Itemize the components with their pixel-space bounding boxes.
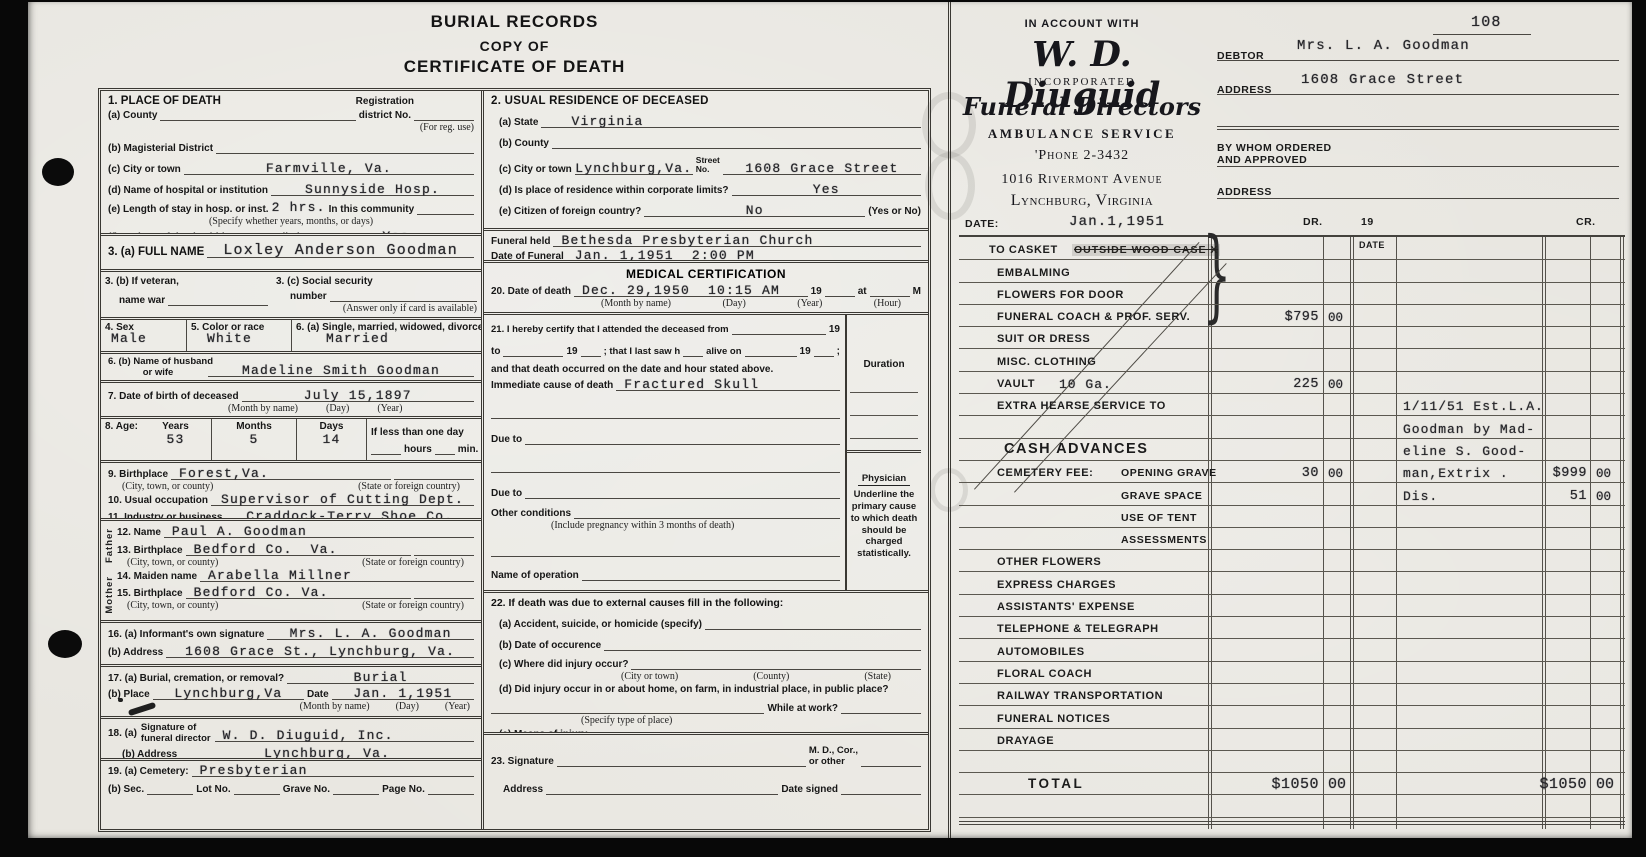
- ledger-struck-text: OUTSIDE WOOD CASE X: [1072, 244, 1220, 256]
- section-parents: Father Mother 12. Name Paul A. Goodman 1…: [101, 521, 481, 623]
- s1-county-label: (a) County: [108, 110, 157, 121]
- s21-alive-label: alive on: [706, 346, 741, 357]
- ledger-item-label: OTHER FLOWERS: [997, 556, 1101, 568]
- due2-line: [525, 485, 840, 499]
- ledger-row-suit-or-dress: SUIT OR DRESS: [959, 326, 1625, 349]
- s6b-label2: or wife: [108, 367, 208, 378]
- s3b-label2: name war: [119, 295, 165, 306]
- s1-community-label: In this community: [329, 204, 415, 215]
- ordered-by-label-1: BY WHOM ORDERED: [1217, 142, 1332, 154]
- occupation-value: Supervisor of Cutting Dept.: [221, 492, 464, 507]
- s19-lot-line: [234, 781, 280, 795]
- ledger-row-funeral-notices: FUNERAL NOTICES: [959, 705, 1625, 728]
- funeral-director-address-value: Lynchburg, Va.: [264, 746, 390, 761]
- s1-hospital-label: (d) Name of hospital or institution: [108, 185, 268, 196]
- funeral-held-label: Funeral held: [491, 236, 550, 247]
- ledger-cr-amount: 51: [1507, 489, 1587, 504]
- s15-hint1: (City, town, or county): [127, 600, 218, 611]
- s2-street-label2: No.: [696, 165, 720, 174]
- section-spouse: 6. (b) Name of husband or wife Madeline …: [101, 354, 481, 383]
- s23-addr-line: [546, 781, 778, 795]
- s17-date-line: Jan. 1,1951: [332, 686, 474, 700]
- ledger-item-label: EMBALMING: [997, 267, 1070, 279]
- s1-magisterial-label: (b) Magisterial District: [108, 143, 213, 154]
- debtor-address-value: 1608 Grace Street: [1301, 72, 1464, 88]
- informant-signature-value: Mrs. L. A. Goodman: [290, 626, 452, 641]
- section-veteran-ssn: 3. (b) If veteran, name war 3. (c) Socia…: [101, 272, 481, 320]
- s21-from-line: [732, 321, 826, 335]
- street-address-label: 1016 Rivermont Avenue: [951, 172, 1213, 188]
- ledger-row-25: [959, 795, 1625, 818]
- ledger-dr-cents: 00: [1328, 311, 1352, 325]
- s2-corporate-label: (d) Is place of residence within corpora…: [499, 185, 729, 196]
- s8-min-line: [435, 441, 455, 455]
- s1-city-value: Farmville, Va.: [266, 161, 392, 176]
- s18a-label1: Signature of: [141, 722, 211, 733]
- s20-hint3: (Year): [797, 298, 822, 309]
- s19a-line: Presbyterian: [192, 763, 474, 777]
- ledger-note-line: eline S. Good-: [1403, 444, 1526, 459]
- duration-label: Duration: [847, 359, 921, 370]
- s8-months-label: Months: [216, 421, 292, 432]
- debtor-line: [1217, 60, 1619, 61]
- ordered-by-label-2: AND APPROVED: [1217, 154, 1307, 166]
- table-bottom-rule: [959, 821, 1625, 825]
- cr-column-header: CR.: [1576, 216, 1596, 228]
- ledger-row-cash-advances: CASH ADVANCESeline S. Good-: [959, 438, 1625, 461]
- ledger-date-value: Jan.1,1951: [1069, 214, 1165, 230]
- s17b-line: Lynchburg,Va: [153, 686, 304, 700]
- incorporated-label: INCORPORATED: [951, 76, 1213, 88]
- s2-city-line: Lynchburg,Va.: [575, 161, 693, 175]
- s19-grave-label: Grave No.: [283, 784, 330, 795]
- s2-county-line: [552, 135, 921, 149]
- s1-registration-label: Registration: [356, 96, 414, 107]
- s8-label: 8. Age:: [105, 421, 138, 458]
- s21-to-label: to: [491, 346, 500, 357]
- debtor-value: Mrs. L. A. Goodman: [1297, 38, 1470, 54]
- physician-title: Physician: [858, 473, 910, 486]
- ledger-row-railway-transportation: RAILWAY TRANSPORTATION: [959, 683, 1625, 706]
- s21-alive-line: [745, 343, 797, 357]
- ledger-item-label: CEMETERY FEE:: [997, 467, 1093, 479]
- residence-city-value: Lynchburg,Va.: [575, 161, 692, 176]
- s23-sig-label: 23. Signature: [491, 756, 554, 767]
- s17a-line: Burial: [287, 670, 474, 684]
- s1-city-label: (c) City or town: [108, 164, 181, 175]
- ledger-note-line: 1/11/51 Est.L.A.: [1403, 399, 1544, 414]
- certificate-left-column: 1. PLACE OF DEATH Registration (a) Count…: [101, 91, 484, 829]
- s20-year-line: [825, 283, 855, 297]
- s21-alive-yr-line: [814, 343, 834, 357]
- ledger-item-label: EXTRA HEARSE SERVICE TO: [997, 400, 1166, 412]
- s22b-line: [604, 637, 921, 651]
- operation-name-label: Name of operation: [491, 570, 579, 581]
- ledger-dr-amount: $1050: [1239, 776, 1319, 793]
- ledger-note-line: man,Extrix .: [1403, 466, 1509, 481]
- s20-at: at: [858, 286, 867, 297]
- death-date-value: Dec. 29,1950 10:15 AM: [582, 283, 780, 298]
- s18a-label2: funeral director: [141, 733, 211, 744]
- s9-hint2: (State or foreign country): [358, 481, 460, 492]
- ledger-item-sublabel: ASSESSMENTS: [1121, 534, 1207, 546]
- s20-hint1: (Month by name): [601, 298, 671, 309]
- section-date-of-birth: 7. Date of birth of deceased July 15,189…: [101, 383, 481, 419]
- s12-line: Paul A. Goodman: [164, 524, 474, 538]
- burial-place-value: Lynchburg,Va: [174, 686, 282, 701]
- s18a-num: 18. (a): [108, 728, 137, 739]
- s23-addr-label: Address: [503, 784, 543, 795]
- spouse-value: Madeline Smith Goodman: [242, 363, 440, 378]
- s19-page-line: [428, 781, 474, 795]
- s16b-label: (b) Address: [108, 647, 163, 658]
- s17b-label: (b) Place: [108, 689, 150, 700]
- s19a-label: 19. (a) Cemetery:: [108, 766, 189, 777]
- s2-state-line: Virginia: [541, 114, 921, 128]
- s13-label: 13. Birthplace: [117, 545, 183, 556]
- page-number-line: [1433, 34, 1531, 35]
- s8-hours-line: [371, 441, 401, 455]
- s2-citizen-label: (e) Citizen of foreign country?: [499, 206, 641, 217]
- father-birthplace-value: Bedford Co. Va.: [194, 542, 338, 557]
- s2-county-label: (b) County: [499, 138, 549, 149]
- s3a-line: Loxley Anderson Goodman: [207, 244, 474, 258]
- race-value: White: [207, 331, 287, 346]
- s8-less-label: If less than one day: [371, 427, 477, 438]
- ledger-item-label: TOTAL: [1028, 776, 1084, 791]
- s1-corporate-value: Yes: [382, 229, 409, 236]
- s1-magisterial-line: [216, 140, 474, 154]
- s3c-label2: number: [290, 291, 327, 302]
- section-cemetery: 19. (a) Cemetery: Presbyterian (b) Sec. …: [101, 761, 481, 799]
- s16b-line: 1608 Grace St., Lynchburg, Va.: [166, 644, 474, 658]
- funeral-held-line: Bethesda Presbyterian Church: [553, 233, 921, 247]
- ordered-by-line: [1217, 166, 1619, 167]
- physician-text: Underline the primary cause to which dea…: [849, 489, 919, 560]
- medical-21-block: 21. I hereby certify that I attended the…: [491, 315, 921, 593]
- s1-corporate-line: Yes: [318, 229, 474, 236]
- ledger-item-label: EXPRESS CHARGES: [997, 579, 1116, 591]
- section-sex-race-marital: 4. Sex Male 5. Color or race White 6. (a…: [101, 320, 481, 354]
- s8-min-label: min.: [458, 444, 479, 455]
- s1-stay-value: 2 hrs.: [272, 200, 326, 215]
- s20-line: Dec. 29,1950 10:15 AM: [574, 283, 808, 297]
- s11-line: Craddock-Terry Shoe Co.: [225, 509, 474, 521]
- age-days-value: 14: [301, 432, 362, 447]
- s22d-label: (d) Did injury occur in or about home, o…: [499, 684, 888, 695]
- s1-city-line: Farmville, Va.: [184, 161, 474, 175]
- ledger-cr-cents: 00: [1596, 776, 1620, 793]
- ledger-item-label: FUNERAL COACH & PROF. SERV.: [997, 311, 1190, 323]
- dr-column-header: DR.: [1303, 216, 1323, 228]
- ledger-row-vault: VAULT10 Ga.22500: [959, 371, 1625, 394]
- ledger-row-other-flowers: OTHER FLOWERS: [959, 549, 1625, 572]
- s3c-hint: (Answer only if card is available): [343, 303, 477, 314]
- due2-label: Due to: [491, 488, 522, 499]
- s3b-label1: 3. (b) If veteran,: [105, 276, 268, 287]
- s9-label: 9. Birthplace: [108, 469, 168, 480]
- s2-state-label: (a) State: [499, 117, 538, 128]
- s1-district-no-label: district No.: [359, 110, 411, 121]
- ledger-row-express-charges: EXPRESS CHARGES: [959, 572, 1625, 595]
- certificate-middle-column: 2. USUAL RESIDENCE OF DECEASED (a) State…: [484, 91, 928, 829]
- blank-line-2: [491, 459, 840, 473]
- s22c-hint3: (State): [864, 671, 891, 682]
- blank-double-line: [1217, 126, 1619, 130]
- section-funeral-director: 18. (a) Signature of funeral director W.…: [101, 719, 481, 761]
- s1-district-no-line: [414, 107, 474, 121]
- citizen-value: No: [746, 203, 764, 218]
- s9-line2: [394, 466, 474, 480]
- s9-line: Forest,Va.: [171, 466, 391, 480]
- residence-corporate-value: Yes: [813, 182, 840, 197]
- s20-label: 20. Date of death: [491, 286, 571, 297]
- section-usual-residence: 2. USUAL RESIDENCE OF DECEASED (a) State…: [484, 91, 928, 231]
- funeral-date-value: Jan. 1,1951 2:00 PM: [575, 248, 755, 263]
- ledger-item-sublabel: GRAVE SPACE: [1121, 490, 1202, 502]
- debtor-address-line: [1217, 94, 1619, 95]
- cause-of-death-value: Fractured Skull: [624, 377, 759, 392]
- year-19-header: 19: [1361, 216, 1374, 228]
- sex-value: Male: [111, 331, 182, 346]
- s17-date-label: Date: [307, 689, 329, 700]
- s22e-line: [590, 726, 921, 735]
- s21-19a: 19: [829, 324, 840, 335]
- s7-hint3: (Year): [377, 403, 402, 414]
- s9-hint1: (City, town, or county): [122, 481, 213, 492]
- s22d-line: [491, 700, 764, 714]
- s2-street-line: 1608 Grace Street: [723, 161, 921, 175]
- other-conditions-line: [574, 505, 840, 519]
- s18b-label: (b) Address: [122, 749, 177, 760]
- ledger-item-label: AUTOMOBILES: [997, 646, 1085, 658]
- s17-hint3: (Year): [445, 701, 470, 712]
- blank-line-1: [491, 405, 840, 419]
- s1-reg-hint: (For reg. use): [420, 122, 474, 133]
- s21-to-line: [503, 343, 563, 357]
- s22c-line: [631, 656, 921, 670]
- age-months-value: 5: [216, 432, 292, 447]
- ledger-cr-cents: 00: [1596, 467, 1620, 481]
- ledger-row-automobiles: AUTOMOBILES: [959, 638, 1625, 661]
- ledger-row-floral-coach: FLORAL COACH: [959, 661, 1625, 684]
- funeral-held-value: Bethesda Presbyterian Church: [561, 233, 813, 248]
- ledger-row-23: [959, 750, 1625, 773]
- s3c-line: [330, 288, 477, 302]
- s15-label: 15. Birthplace: [117, 588, 183, 599]
- s21-to-yr-line: [581, 343, 601, 357]
- phone-label: 'Phone 2-3432: [951, 148, 1213, 164]
- s1-county-line: [160, 107, 355, 121]
- ledger-note-line: Dis.: [1403, 489, 1438, 504]
- certificate-header: BURIAL RECORDS COPY OF CERTIFICATE OF DE…: [98, 12, 931, 77]
- birthplace-value: Forest,Va.: [179, 466, 269, 481]
- s20-hint4: (Hour): [874, 298, 901, 309]
- ledger-row-misc-clothing: MISC. CLOTHING: [959, 349, 1625, 372]
- s8-hours-label: hours: [404, 444, 432, 455]
- burial-type-value: Burial: [354, 670, 408, 685]
- s20-m: M: [913, 286, 921, 297]
- s21-line3-label: and that death occurred on the date and …: [491, 364, 773, 375]
- cause-label: Immediate cause of death: [491, 380, 613, 391]
- age-years-value: 53: [144, 432, 207, 447]
- physician-note: Physician Underline the primary cause to…: [847, 453, 921, 560]
- ledger-dr-cents: 00: [1328, 776, 1352, 793]
- ambulance-service-label: AMBULANCE SERVICE: [951, 126, 1213, 142]
- s22a-line: [705, 616, 921, 630]
- ledger-item-label: CASH ADVANCES: [1004, 441, 1148, 457]
- ledger-row-telephone-telegraph: TELEPHONE & TELEGRAPH: [959, 616, 1625, 639]
- ledger-row-assistants-expense: ASSISTANTS' EXPENSE: [959, 594, 1625, 617]
- s1-title: 1. PLACE OF DEATH: [108, 95, 221, 107]
- ledger-item-label: MISC. CLOTHING: [997, 356, 1096, 368]
- s1-hospital-line: Sunnyside Hosp.: [271, 182, 474, 196]
- s19-grave-line: [333, 781, 379, 795]
- section-place-of-death: 1. PLACE OF DEATH Registration (a) Count…: [101, 91, 481, 236]
- s23-md-label2: or other: [809, 756, 858, 767]
- s21-19b: 19: [566, 346, 577, 357]
- s22b-label: (b) Date of occurence: [499, 640, 601, 651]
- s13-line: Bedford Co. Va.: [186, 542, 411, 556]
- operation-name-line: [582, 567, 840, 581]
- funeral-director-value: W. D. Diuguid, Inc.: [223, 728, 394, 743]
- ledger-dr-cents: 00: [1328, 467, 1352, 481]
- s13-hint2: (State or foreign country): [362, 557, 464, 568]
- ledger-row-embalming: EMBALMING: [959, 259, 1625, 282]
- ledger-row-to-casket: TO CASKETOUTSIDE WOOD CASE X: [959, 237, 1625, 260]
- father-name-value: Paul A. Goodman: [172, 524, 307, 539]
- s13-hint1: (City, town, or county): [127, 557, 218, 568]
- s20-hint2: (Day): [722, 298, 745, 309]
- cause-line: Fractured Skull: [616, 377, 840, 391]
- s22c-label: (c) Where did injury occur?: [499, 659, 628, 670]
- s2-title: 2. USUAL RESIDENCE OF DECEASED: [491, 95, 921, 107]
- ledger-item-label: TO CASKET: [989, 244, 1058, 256]
- punch-hole-bottom: [48, 630, 82, 658]
- s17-hint1: (Month by name): [300, 701, 370, 712]
- s3b-line: [168, 292, 268, 306]
- s23-md-label1: M. D., Cor.,: [809, 745, 858, 756]
- father-side-label: Father: [104, 528, 115, 563]
- ledger-table: DATE } TO CASKETOUTSIDE WOOD CASE XEMBAL…: [959, 235, 1625, 829]
- s2-city-label: (c) City or town: [499, 164, 572, 175]
- s19b-label: (b) Sec.: [108, 784, 144, 795]
- punch-hole-top: [42, 158, 74, 186]
- scanned-burial-record: { "page": {"number": "108"}, "certificat…: [0, 0, 1646, 857]
- ledger-item-label: FLORAL COACH: [997, 668, 1092, 680]
- s21-19c: 19: [800, 346, 811, 357]
- s1-stay-label: (e) Length of stay in hosp. or inst.: [108, 204, 269, 215]
- section-age: 8. Age: Years 53 Months 5 Days 14 If les…: [101, 419, 481, 463]
- section-informant: 16. (a) Informant's own signature Mrs. L…: [101, 623, 481, 667]
- s8-years-label: Years: [144, 421, 207, 432]
- s21-line1-label: 21. I hereby certify that I attended the…: [491, 324, 729, 335]
- s21-saw-label: ; that I last saw h: [604, 346, 681, 357]
- industry-value: Craddock-Terry Shoe Co.: [246, 509, 453, 521]
- funeral-date-line: Jan. 1,1951 2:00 PM: [567, 248, 921, 262]
- s20-hour-line: [870, 283, 910, 297]
- mother-side-label: Mother: [104, 576, 115, 614]
- s15-line2: [414, 585, 474, 599]
- ledger-item-label: FUNERAL NOTICES: [997, 713, 1110, 725]
- mother-name-value: Arabella Millner: [208, 568, 352, 583]
- s1-hospital-value: Sunnyside Hosp.: [305, 182, 440, 197]
- other-conditions-hint: (Include pregnancy within 3 months of de…: [551, 520, 734, 531]
- ledger-row-13: ASSESSMENTS: [959, 527, 1625, 550]
- s21-h-line: [683, 343, 703, 357]
- cemetery-value: Presbyterian: [200, 763, 308, 778]
- funeral-directors-label: Funeral Directors: [951, 92, 1213, 121]
- ledger-cr-amount: $1050: [1507, 776, 1587, 793]
- s16a-label: 16. (a) Informant's own signature: [108, 629, 264, 640]
- s19-sec-line: [147, 781, 193, 795]
- in-account-with-label: IN ACCOUNT WITH: [951, 18, 1213, 30]
- birth-date-value: July 15,1897: [304, 388, 412, 403]
- s19-lot-label: Lot No.: [196, 784, 230, 795]
- section-burial: 17. (a) Burial, cremation, or removal? B…: [101, 667, 481, 719]
- s19-page-label: Page No.: [382, 784, 425, 795]
- s7-line: July 15,1897: [242, 388, 474, 402]
- s12-label: 12. Name: [117, 527, 161, 538]
- s7-hint2: (Day): [326, 403, 349, 414]
- s22c-hint2: (County): [753, 671, 789, 682]
- ledger-row-cemetery-fee: CEMETERY FEE:OPENING GRAVE3000man,Extrix…: [959, 460, 1625, 483]
- date-label: DATE:: [965, 218, 999, 230]
- s23-signed-label: Date signed: [781, 784, 838, 795]
- s22-title: 22. If death was due to external causes …: [491, 597, 921, 609]
- s6b-label1: 6. (b) Name of husband: [108, 356, 208, 367]
- ledger-item-label: RAILWAY TRANSPORTATION: [997, 690, 1163, 702]
- section-funeral-held: Funeral held Bethesda Presbyterian Churc…: [484, 231, 928, 263]
- s22c-hint1: (City or town): [621, 671, 678, 682]
- section-signature: 23. Signature M. D., Cor., or other Addr…: [484, 735, 928, 821]
- due1-line: [525, 431, 840, 445]
- other-conditions-label: Other conditions: [491, 508, 571, 519]
- ledger-row-drayage: DRAYAGE: [959, 728, 1625, 751]
- s14-label: 14. Maiden name: [117, 571, 197, 582]
- certificate-form: 1. PLACE OF DEATH Registration (a) Count…: [98, 88, 931, 832]
- city-state-label: Lynchburg, Virginia: [951, 192, 1213, 210]
- s16a-line: Mrs. L. A. Goodman: [267, 626, 474, 640]
- ledger-cr-amount: $999: [1507, 466, 1587, 481]
- ordered-address-line: [1217, 198, 1619, 199]
- ledger-item-sublabel: OPENING GRAVE: [1121, 467, 1217, 479]
- ledger-row-flowers-for-door: FLOWERS FOR DOOR: [959, 282, 1625, 305]
- ledger-item-label: DRAYAGE: [997, 735, 1054, 747]
- ledger-row-8: Goodman by Mad-: [959, 415, 1625, 438]
- s13-line2: [414, 542, 474, 556]
- ledger-item-label: FLOWERS FOR DOOR: [997, 289, 1124, 301]
- ledger-dr-amount: 225: [1239, 377, 1319, 392]
- title-certificate-of-death: CERTIFICATE OF DEATH: [98, 57, 931, 77]
- ledger-row-funeral-coach-prof-serv: FUNERAL COACH & PROF. SERV.$79500: [959, 304, 1625, 327]
- s3a-label: 3. (a) FULL NAME: [108, 246, 204, 258]
- full-name-value: Loxley Anderson Goodman: [223, 242, 458, 259]
- s6b-line: Madeline Smith Goodman: [208, 358, 474, 377]
- s17a-label: 17. (a) Burial, cremation, or removal?: [108, 673, 284, 684]
- ledger: IN ACCOUNT WITH W. D. Diuguid INCORPORAT…: [948, 2, 1632, 838]
- ledger-cr-cents: 00: [1596, 490, 1620, 504]
- section-full-name: 3. (a) FULL NAME Loxley Anderson Goodman: [101, 236, 481, 272]
- s23-sig-line: [557, 753, 806, 767]
- s7-hint1: (Month by name): [228, 403, 298, 414]
- s18b-line: Lynchburg, Va.: [180, 746, 474, 760]
- funeral-date-label: Date of Funeral: [491, 251, 564, 262]
- s22-work-line: [841, 700, 921, 714]
- ledger-item-label: VAULT: [997, 378, 1035, 390]
- medical-certification-title: MEDICAL CERTIFICATION: [491, 267, 921, 281]
- burial-date-value: Jan. 1,1951: [353, 686, 452, 701]
